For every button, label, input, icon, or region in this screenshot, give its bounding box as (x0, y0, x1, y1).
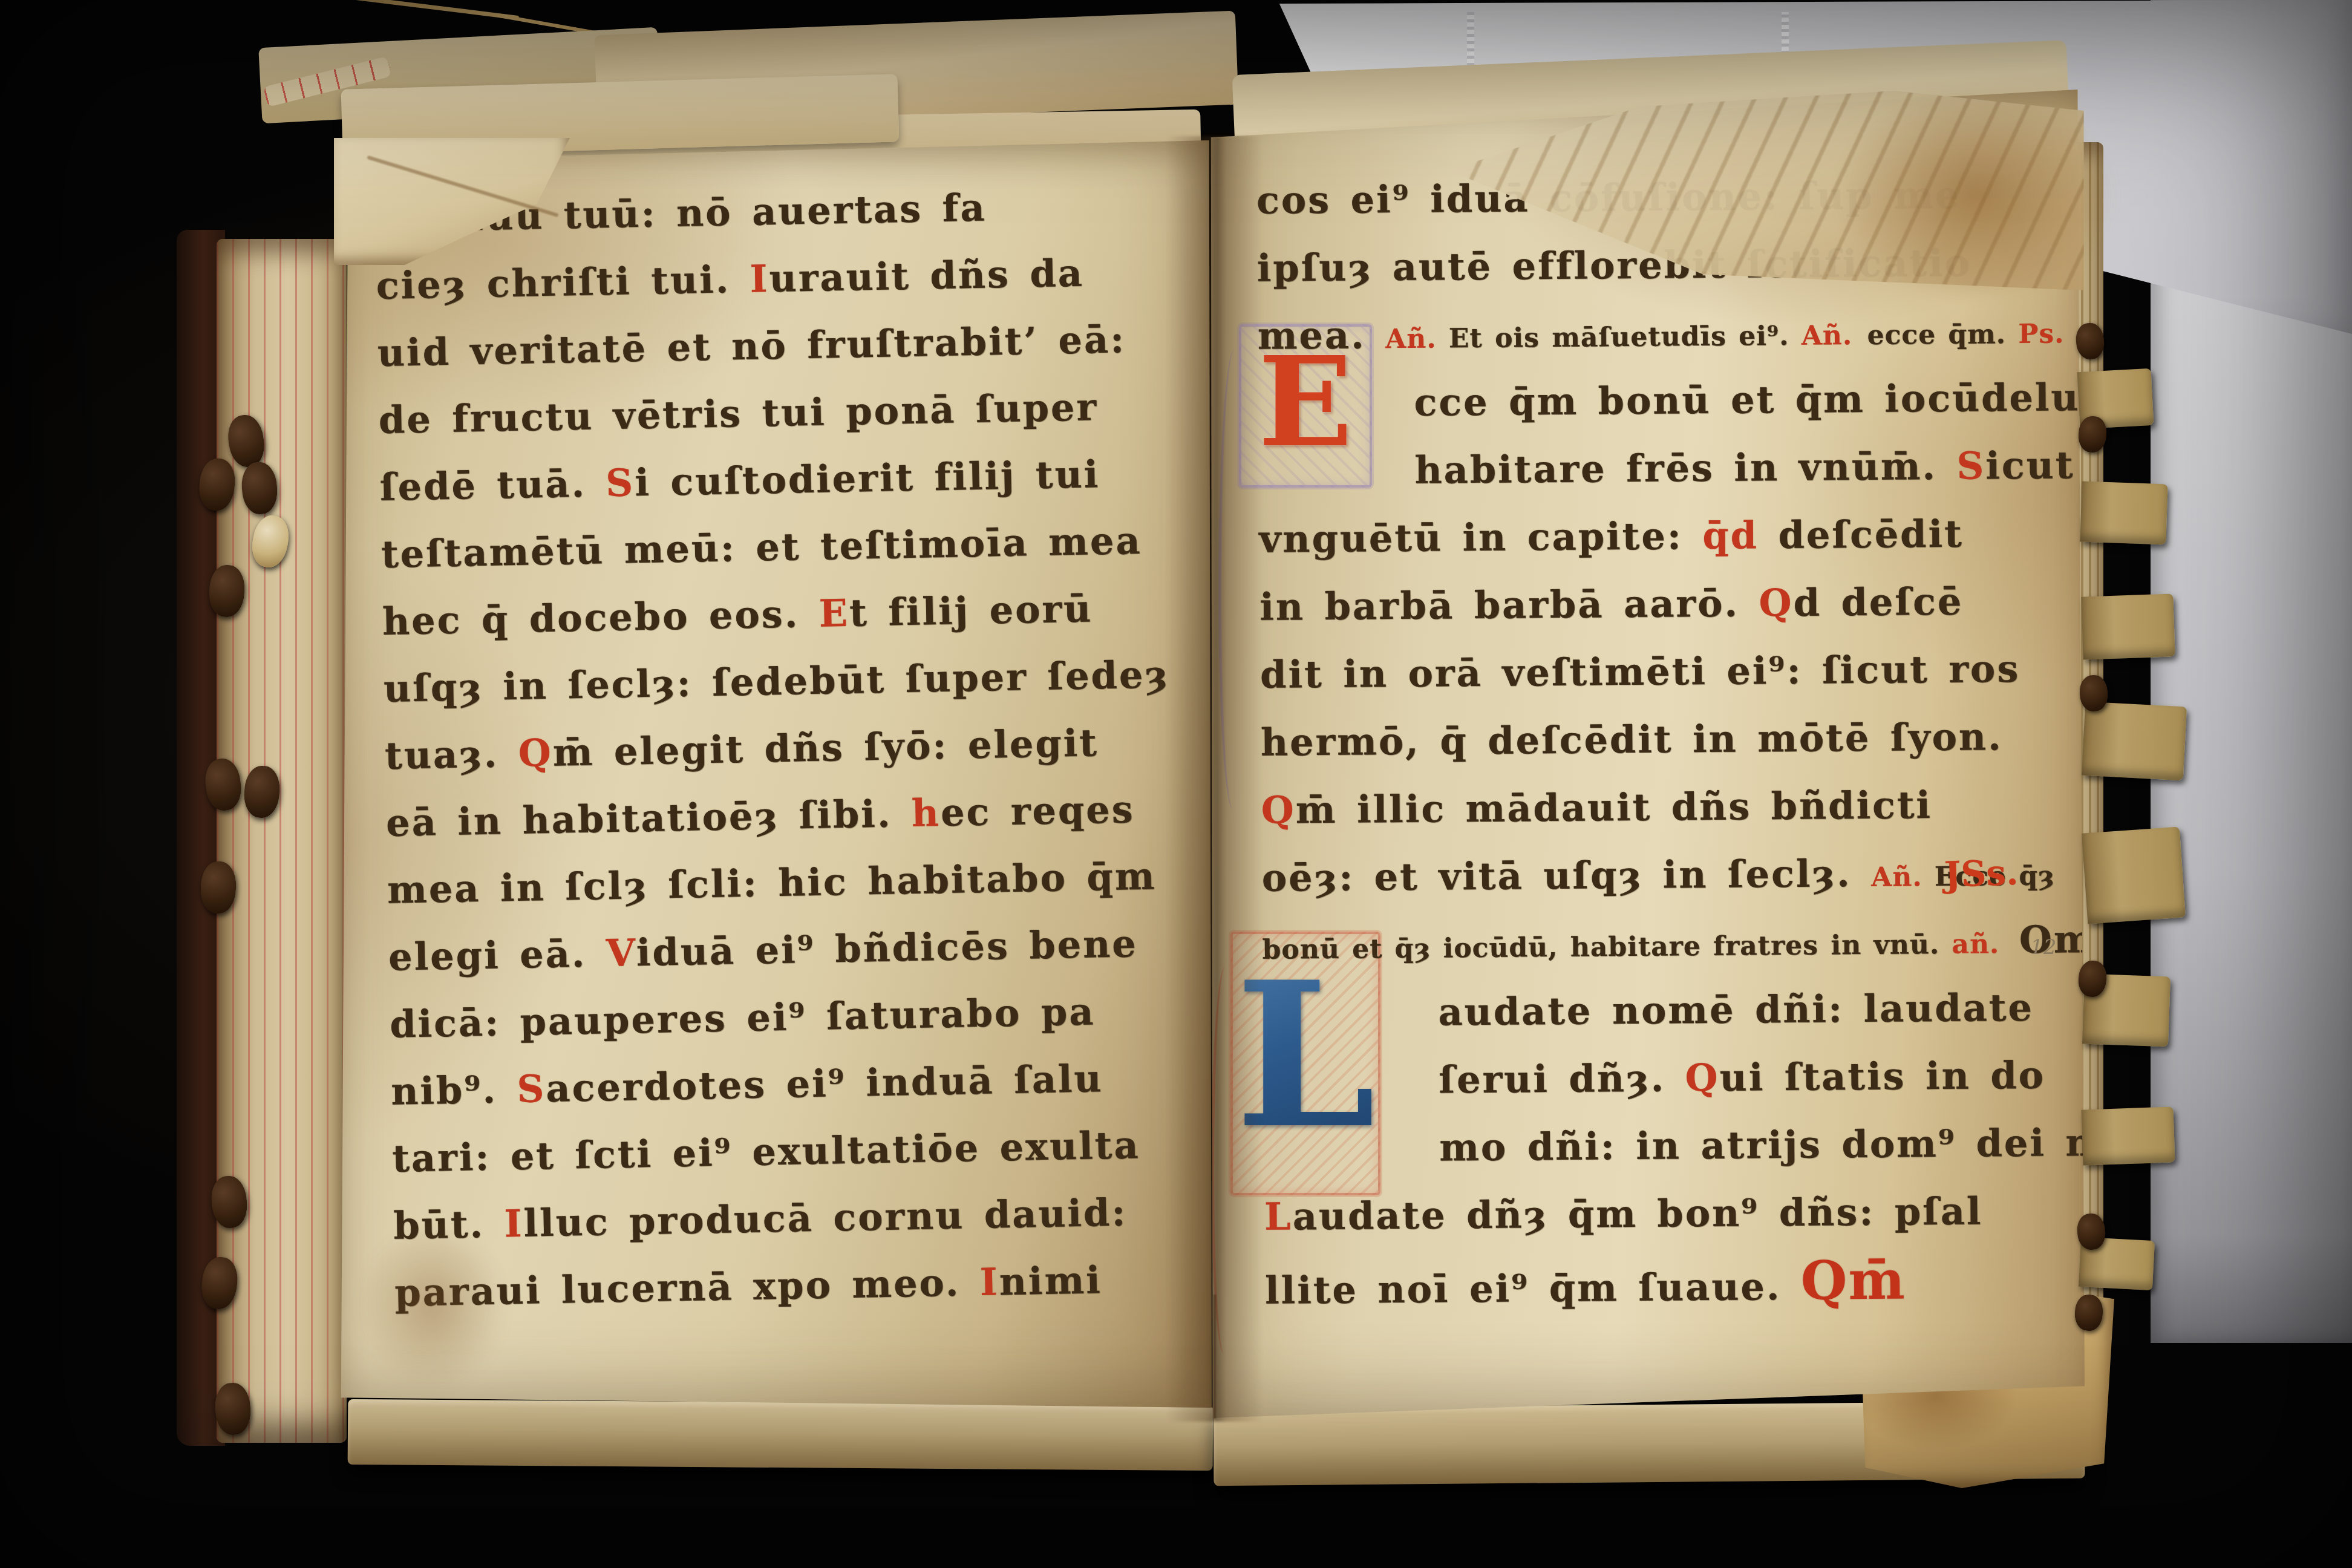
text-segment: ſedē tuā. (379, 461, 606, 509)
text-segment: nib⁹. (391, 1067, 518, 1114)
text-line: in barbā barbā aarō. Qd deſcē (1259, 566, 2158, 641)
text-segment: iduā ei⁹ bñdicēs bene (636, 921, 1138, 975)
text-line: cce q̄m bonū et q̄m iocūdeluȝ: (1258, 363, 2157, 438)
rubric-segment: h (911, 791, 941, 835)
text-segment: d deſcē (1793, 580, 1963, 625)
text-segment: de fructu vētris tui ponā ſuper (378, 385, 1098, 442)
text-segment: bonū et q̄ȝ iocūdū, habitare fratres in … (1263, 929, 1952, 965)
text-segment: mea. (1257, 313, 1385, 358)
text-line: ipſuȝ autē efflorebit ſctificatio (1256, 227, 2155, 302)
text-segment: cos ei⁹ iduā cōfuſione: ſup me (1256, 173, 1961, 223)
rubric-segment: S (1956, 443, 1985, 488)
marginal-pencil-mark: 12 (2030, 935, 2056, 959)
text-segment: hec q̄ docebo eos. (382, 592, 819, 644)
text-segment: ec reqes (940, 787, 1135, 835)
rubric-segment: Qm̄ (1800, 1248, 1906, 1312)
text-segment: i cuſtodierit filij tui (635, 452, 1100, 505)
marginal-red-mark: JSs. (1944, 852, 2019, 895)
rubric-segment: Q (1685, 1056, 1720, 1100)
text-segment: m̄ illic mādauit dñs bñdicti (1296, 783, 1933, 832)
text-segment: t filij eorū (849, 586, 1093, 635)
parchment-stain (351, 1198, 532, 1397)
text-segment: vnguētū in capite: (1259, 514, 1702, 561)
right-page-text-column: cos ei⁹ iduā cōfuſione: ſup meipſuȝ autē… (1256, 160, 2164, 1319)
text-line: Qm̄ illic mādauit dñs bñdicti (1261, 769, 2160, 844)
text-line: mea. Añ. Et ois māſuetudīs ei⁹. Añ. ecce… (1257, 295, 2156, 370)
rubric-segment: Q (1759, 581, 1794, 625)
rubric-segment: Ps. (2018, 318, 2079, 350)
text-line: oēȝ: et vitā uſqȝ in ſeclȝ. Añ. Ecce q̄ȝ (1261, 837, 2160, 912)
text-segment: llite noī ei⁹ q̄m ſuaue. (1265, 1264, 1801, 1313)
rubric-segment: S (606, 460, 635, 505)
right-page: E L cos ei⁹ iduā cōfuſione: ſup meipſuȝ … (1207, 90, 2085, 1418)
text-segment: tari: et ſcti ei⁹ exultatiōe exulta (392, 1123, 1141, 1181)
text-segment: ui ſtatis in do (1719, 1053, 2045, 1100)
rubric-segment: I (979, 1259, 999, 1304)
text-segment: m̄ elegit dñs ſyō: elegit (552, 720, 1099, 775)
text-line: Laudate dñȝ q̄m bon⁹ dñs: pſal (1264, 1176, 2163, 1251)
text-segment: eā in habitatioēȝ ſibi. (385, 791, 912, 845)
text-line: bonū et q̄ȝ iocūdū, habitare fratres in … (1262, 905, 2161, 980)
text-line: mo dñi: in atrijs dom⁹ dei nri. (1264, 1108, 2163, 1183)
leather-tie-knot (2079, 675, 2108, 712)
text-line: dit in orā veſtimēti ei⁹: ſicut ros (1260, 634, 2159, 709)
text-segment: audate nomē dñi: laudate (1438, 985, 2034, 1034)
text-segment: in barbā barbā aarō. (1259, 581, 1759, 629)
rubric-segment: Añ. (1871, 861, 1922, 893)
text-segment: ipſuȝ autē efflorebit ſctificatio (1257, 241, 1972, 290)
index-tab (2081, 593, 2175, 659)
text-segment: teſtamētū meū: et teſtimoīa mea (381, 518, 1142, 577)
text-segment: lluc producā cornu dauid: (523, 1191, 1128, 1246)
text-segment: mea in ſclȝ ſcli: hic habitabo q̄m (387, 854, 1157, 912)
text-line: habitare frēs in vnūm̄. Sicut (1258, 431, 2157, 506)
text-segment: oēȝ: et vitā uſqȝ in ſeclȝ. (1261, 851, 1871, 900)
text-line: audate nomē dñi: laudate (1263, 973, 2161, 1048)
rubric-segment: q̄d (1702, 513, 1759, 558)
text-segment: mo dñi: in atrijs dom⁹ dei nri. (1439, 1120, 2148, 1169)
rubric-segment: I (750, 256, 769, 301)
page-stack-bottom-left (348, 1399, 1214, 1471)
rubric-segment: L (1264, 1194, 1293, 1238)
rubric-segment: Q (518, 731, 553, 776)
text-segment: deſcēdit (1759, 512, 1964, 558)
left-page-text-column: uid ſuū tuū: nō auertas facieȝ chriſti t… (374, 171, 1181, 1326)
text-segment: tuaȝ. (384, 731, 518, 778)
rubric-segment: V (606, 930, 636, 975)
text-line: vnguētū in capite: q̄d deſcēdit (1259, 498, 2158, 573)
text-segment: dicā: pauperes ei⁹ ſaturabo pa (390, 989, 1096, 1046)
gutter-seam (1214, 1295, 1216, 1419)
text-segment: acerdotes ei⁹ induā ſalu (546, 1056, 1104, 1111)
text-segment: nimi (999, 1258, 1102, 1304)
text-segment: ecce q̄m. (1867, 319, 2018, 351)
photograph-medieval-manuscript: { "scene": { "description": "Open mediev… (0, 0, 2352, 1568)
index-tab (2080, 482, 2167, 545)
rubric-segment: S (517, 1067, 546, 1111)
rubric-segment: Añ. (1385, 324, 1437, 355)
text-segment: ſerui dñȝ. (1439, 1056, 1685, 1102)
text-segment: uſqȝ in ſeclȝ: ſedebūt ſuper ſedeȝ (383, 652, 1169, 711)
text-line: hermō, q̄ deſcēdit in mōtē ſyon. (1261, 702, 2160, 777)
rubric-segment: añ. (1952, 929, 1999, 960)
rubric-segment: E (818, 591, 850, 636)
text-segment: uid veritatē et nō fruſtrabit’ eā: (377, 317, 1126, 375)
pen-flourish-lilac (1218, 350, 1249, 809)
index-tab (2081, 1106, 2175, 1165)
index-tab (2082, 702, 2187, 781)
text-segment: audate dñȝ q̄m bon⁹ dñs: pſal (1292, 1189, 1982, 1238)
text-segment: elegi eā. (388, 931, 607, 979)
text-segment: Et ois māſuetudīs ei⁹. (1436, 321, 1802, 354)
rubric-segment: Q (1261, 788, 1296, 832)
text-segment: habitare frēs in vnūm̄. (1414, 444, 1957, 492)
rubric-segment: Añ. (1802, 320, 1867, 351)
text-segment: urauit dñs da (769, 251, 1084, 301)
text-segment: cieȝ chriſti tui. (376, 257, 750, 308)
text-segment: cce q̄m bonū et q̄m iocūdeluȝ: (1414, 375, 2120, 425)
text-line: ſerui dñȝ. Qui ſtatis in do (1263, 1040, 2162, 1116)
text-segment: hermō, q̄ deſcēdit in mōtē ſyon. (1261, 714, 2003, 765)
text-line: llite noī ei⁹ q̄m ſuaue. Qm̄ (1265, 1244, 2164, 1319)
text-segment: icut (1985, 443, 2075, 488)
text-segment: dit in orā veſtimēti ei⁹: ſicut ros (1260, 647, 2020, 697)
text-line: cos ei⁹ iduā cōfuſione: ſup me (1256, 160, 2155, 235)
index-tab (2082, 827, 2186, 924)
